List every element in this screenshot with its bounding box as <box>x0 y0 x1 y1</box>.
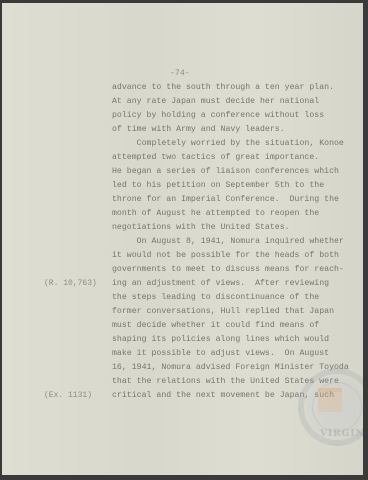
rotunda-icon <box>318 388 342 412</box>
body-line: policy by holding a conference without l… <box>112 111 324 121</box>
body-line: attempted two tactics of great importanc… <box>112 153 319 163</box>
document-page: -74- advance to the south through a ten … <box>2 3 363 475</box>
body-line: former conversations, Hull replied that … <box>112 307 334 317</box>
body-line: On August 8, 1941, Nomura inquired wheth… <box>112 237 344 247</box>
body-line: month of August he attempted to reopen t… <box>112 209 319 219</box>
body-line: governments to meet to discuss means for… <box>112 265 344 275</box>
seal-label: VIRGINIA <box>320 429 363 439</box>
margin-note-exhibit-reference: (Ex. 1131) <box>44 391 92 401</box>
body-line: throne for an Imperial Conference. Durin… <box>112 195 339 205</box>
body-line: led to his petition on September 5th to … <box>112 181 324 191</box>
body-line: ing an adjustment of views. After review… <box>112 279 329 289</box>
body-line: advance to the south through a ten year … <box>112 83 334 93</box>
body-line: 16, 1941, Nomura advised Foreign Ministe… <box>112 363 349 373</box>
body-line: it would not be possible for the heads o… <box>112 251 339 261</box>
page-number: -74- <box>170 69 190 79</box>
body-line: negotiations with the United States. <box>112 223 290 233</box>
body-line: At any rate Japan must decide her nation… <box>112 97 319 107</box>
margin-note-record-reference: (R. 10,763) <box>44 279 97 289</box>
body-line: He began a series of liaison conferences… <box>112 167 339 177</box>
body-line: shaping its policies along lines which w… <box>112 335 329 345</box>
university-seal-watermark: VIRGINIA <box>298 368 363 446</box>
body-line: the steps leading to discontinuance of t… <box>112 293 319 303</box>
body-line: Completely worried by the situation, Kon… <box>112 139 344 149</box>
body-line: make it possible to adjust views. On Aug… <box>112 349 329 359</box>
body-line: of time with Army and Navy leaders. <box>112 125 285 135</box>
body-line: must decide whether it could find means … <box>112 321 319 331</box>
